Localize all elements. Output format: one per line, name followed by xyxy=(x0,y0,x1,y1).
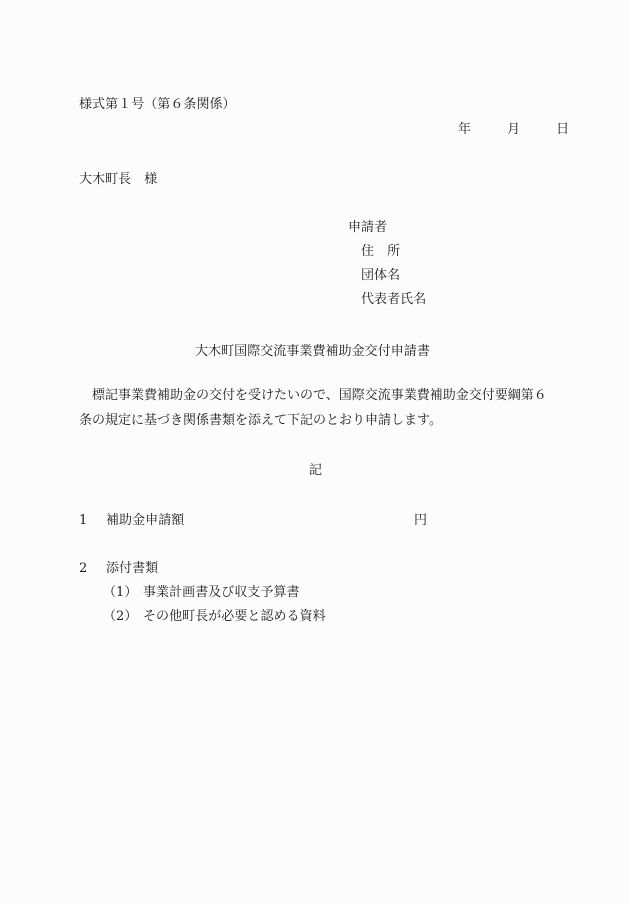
item-attachments: 2添付書類 xyxy=(79,562,158,575)
subitem-number: （1） xyxy=(103,586,143,599)
applicant-address-label: 住 所 xyxy=(361,245,400,258)
attachment-item-2: （2）その他町長が必要と認める資料 xyxy=(103,610,326,623)
day-label: 日 xyxy=(556,123,569,136)
ki-label: 記 xyxy=(309,464,322,477)
subitem-number: （2） xyxy=(103,610,143,623)
month-label: 月 xyxy=(507,123,520,136)
subitem-label: 事業計画書及び収支予算書 xyxy=(143,585,300,600)
applicant-block: 申請者 住 所 団体名 代表者氏名 xyxy=(348,221,387,234)
item-label: 添付書類 xyxy=(106,561,158,576)
document-page: 様式第１号（第６条関係） 年月日 大木町長 様 申請者 住 所 団体名 代表者氏… xyxy=(0,0,630,903)
item-subsidy-amount: 1補助金申請額 xyxy=(79,514,184,527)
subitem-label: その他町長が必要と認める資料 xyxy=(143,609,326,624)
body-paragraph: 標記事業費補助金の交付を受けたいので、国際交流事業費補助金交付要綱第６条の規定に… xyxy=(79,383,551,433)
applicant-organization-label: 団体名 xyxy=(361,269,400,282)
form-number: 様式第１号（第６条関係） xyxy=(79,98,236,111)
addressee: 大木町長 様 xyxy=(79,173,157,186)
document-title: 大木町国際交流事業費補助金交付申請書 xyxy=(195,345,430,358)
date-line: 年月日 xyxy=(458,123,569,136)
attachment-item-1: （1）事業計画書及び収支予算書 xyxy=(103,586,300,599)
applicant-representative-label: 代表者氏名 xyxy=(361,293,426,306)
year-label: 年 xyxy=(458,123,471,136)
item-label: 補助金申請額 xyxy=(106,513,184,528)
yen-unit: 円 xyxy=(414,514,427,527)
applicant-heading: 申請者 xyxy=(348,221,387,234)
item-number: 1 xyxy=(79,514,106,527)
item-number: 2 xyxy=(79,562,106,575)
